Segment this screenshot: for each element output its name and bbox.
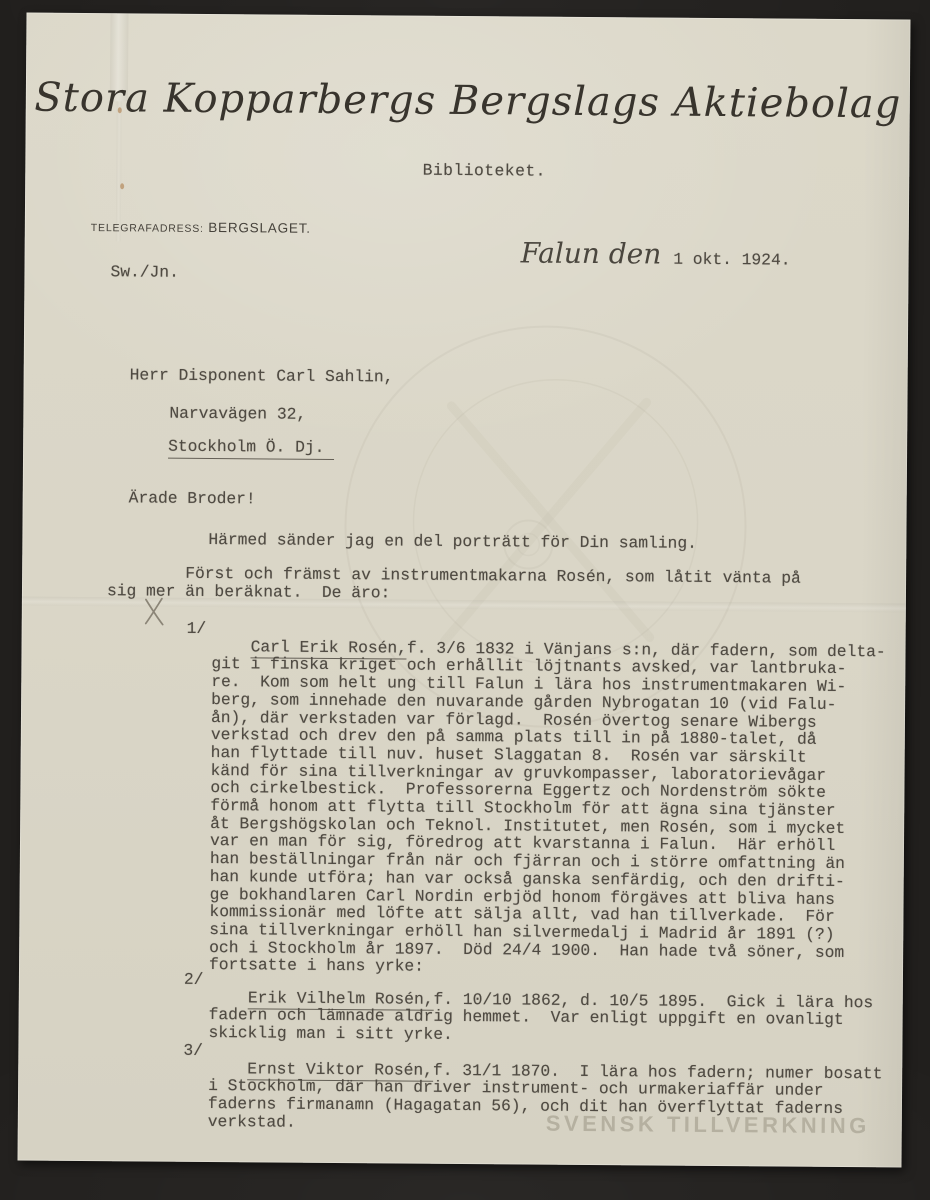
- recipient-line-1: Herr Disponent Carl Sahlin,: [130, 366, 394, 386]
- telegraph-label: Telegrafadress:: [91, 222, 204, 235]
- recipient-line-3: Stockholm Ö. Dj.: [168, 438, 334, 457]
- item-text: f. 3/6 1832 i Vänjans s:n, där fadern, s…: [209, 638, 886, 976]
- date-line: Falun den 1 okt. 1924.: [521, 236, 791, 271]
- telegraph-value: BERGSLAGET.: [208, 220, 311, 236]
- intro-paragraph-1: Härmed sänder jag en del porträtt för Di…: [208, 531, 697, 553]
- date-typed: 1 okt. 1924.: [673, 251, 790, 270]
- recipient-city-underlined: Stockholm Ö. Dj.: [168, 437, 334, 460]
- department-line: Biblioteket.: [25, 159, 909, 184]
- salutation: Ärade Broder!: [129, 489, 256, 508]
- reference-initials: Sw./Jn.: [110, 263, 179, 281]
- place-script: Falun den: [521, 236, 662, 270]
- item-number: 2/: [184, 971, 204, 989]
- item-number: 1/: [187, 620, 207, 638]
- item-number: 3/: [183, 1042, 203, 1060]
- recipient-line-2: Narvavägen 32,: [169, 405, 306, 424]
- intro-paragraph-2: Först och främst av instrumentmakarna Ro…: [107, 564, 801, 605]
- rust-speck: [120, 183, 124, 189]
- scan-background: { "page": { "bed_color": "#211f1d", "pap…: [0, 0, 930, 1200]
- pencil-x-mark-icon: [142, 596, 168, 626]
- company-script-title: Stora Kopparbergs Bergslags Aktiebolag: [26, 75, 910, 128]
- numbered-item-1: 1/Carl Erik Rosén,f. 3/6 1832 i Vänjans …: [209, 620, 886, 997]
- stamp-watermark: SVENSK TILLVERKNING: [546, 1111, 870, 1140]
- letter-page: Stora Kopparbergs Bergslags Aktiebolag B…: [18, 13, 911, 1168]
- telegraph-address: Telegrafadress: BERGSLAGET.: [91, 218, 311, 238]
